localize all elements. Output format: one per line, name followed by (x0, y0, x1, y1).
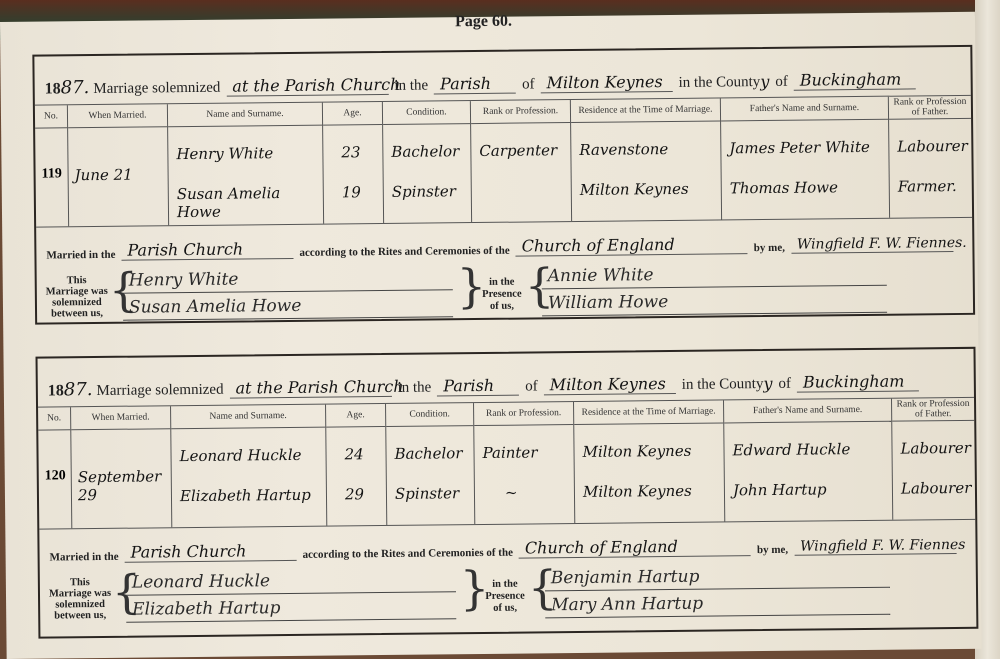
by-me-label: by me, (757, 544, 788, 556)
col-father-rank: Rank or Profession of Father. (892, 398, 974, 422)
bride-age: 19 (342, 183, 361, 201)
bride-father: John Hartup (733, 480, 827, 499)
col-father-rank: Rank or Profession of Father. (889, 96, 971, 120)
when-married: June 21 (75, 166, 133, 185)
col-father: Father's Name and Surname. (724, 399, 891, 424)
bride-father: Thomas Howe (730, 178, 838, 197)
col-rank: Rank or Profession. (471, 100, 570, 124)
year-prefix: 18 (45, 80, 61, 98)
by-me-label: by me, (754, 242, 785, 254)
year-prefix: 18 (48, 382, 64, 400)
solemnized-label: Marriage solemnized (96, 382, 223, 400)
according-label: according to the Rites and Ceremonies of… (303, 547, 513, 561)
witness-signatures: Annie White William Howe (542, 263, 888, 321)
col-no: No. (38, 407, 70, 430)
presence-label: in the Presence of us, (480, 578, 530, 615)
parish-word-field: Parish (437, 376, 519, 397)
col-condition: Condition. (383, 101, 470, 125)
groom-father: Edward Huckle (732, 440, 850, 459)
county-field: Buckingham (794, 69, 916, 90)
groom-father: James Peter White (729, 138, 870, 157)
col-residence: Residence at the Time of Marriage. (574, 400, 723, 425)
bride-father-rank: Farmer. (898, 177, 957, 196)
married-in-field: Parish Church (121, 239, 293, 261)
officiant-signature: Wingfield F. W. Fiennes (794, 537, 956, 556)
marriage-entry: 1887. Marriage solemnized at the Parish … (32, 45, 975, 325)
bride-rank: ~ (505, 484, 518, 502)
groom-rank: Carpenter (479, 141, 557, 160)
entry-number: 120 (45, 468, 66, 484)
when-married: September 29 (78, 467, 171, 504)
groom-signature: Henry White (129, 270, 239, 291)
groom-condition: Bachelor (391, 142, 459, 161)
bride-father-rank: Labourer (901, 479, 972, 498)
county-label: in the County (682, 376, 764, 394)
solemnized-label: Marriage solemnized (93, 80, 220, 98)
bride-name: Elizabeth Hartup (180, 486, 311, 505)
place-field: at the Parish Church (229, 377, 391, 399)
col-name: Name and Surname. (168, 103, 322, 128)
parish-field: Milton Keynes (540, 72, 672, 93)
year-suffix: 87. (61, 77, 90, 98)
according-label: according to the Rites and Ceremonies of… (299, 245, 509, 259)
solemnized-between-label: This Marriage was solemnized between us, (48, 577, 112, 622)
rites-field: Church of England (519, 536, 751, 558)
solemnized-between-label: This Marriage was solemnized between us, (45, 275, 109, 320)
col-father: Father's Name and Surname. (721, 97, 888, 122)
marriage-entry: 1887. Marriage solemnized at the Parish … (36, 347, 979, 639)
entry-footer: Married in the Parish Church according t… (39, 520, 976, 634)
of-label: of (775, 74, 788, 91)
bride-condition: Spinster (392, 182, 456, 201)
register-page: Page 60. 1887. Marriage solemnized at th… (0, 12, 982, 659)
place-field: at the Parish Church (226, 75, 388, 97)
bride-residence: Milton Keynes (583, 482, 692, 501)
county-suffix: y (760, 72, 769, 91)
parish-field: Milton Keynes (544, 374, 676, 395)
groom-name: Leonard Huckle (179, 446, 301, 465)
bride-signature: Elizabeth Hartup (132, 598, 280, 620)
couple-signatures: Leonard Huckle Elizabeth Hartup (126, 569, 457, 626)
groom-rank: Painter (482, 443, 537, 462)
col-no: No. (35, 105, 67, 128)
rites-field: Church of England (516, 234, 748, 256)
year-suffix: 87. (64, 379, 93, 400)
col-age: Age. (323, 102, 382, 126)
officiant-signature: Wingfield F. W. Fiennes. (791, 235, 953, 254)
col-condition: Condition. (386, 403, 473, 427)
page-title: Page 60. (455, 13, 512, 32)
groom-condition: Bachelor (394, 444, 462, 463)
bride-residence: Milton Keynes (580, 180, 689, 199)
county-field: Buckingham (797, 371, 919, 392)
bride-condition: Spinster (395, 484, 459, 503)
register-table: No. 120 When Married. September 29 Name … (38, 398, 975, 530)
presence-label: in the Presence of us, (477, 276, 527, 313)
in-the-label: in the (394, 78, 428, 95)
col-when: When Married. (68, 104, 167, 128)
groom-age: 23 (341, 143, 360, 161)
groom-signature: Leonard Huckle (132, 571, 270, 592)
groom-residence: Ravenstone (579, 140, 668, 159)
married-in-field: Parish Church (125, 541, 297, 563)
groom-father-rank: Labourer (897, 137, 968, 156)
col-age: Age. (326, 404, 385, 428)
witness-signature-1: Benjamin Hartup (551, 567, 700, 589)
entry-footer: Married in the Parish Church according t… (36, 218, 973, 332)
witness-signatures: Benjamin Hartup Mary Ann Hartup (545, 565, 891, 623)
groom-age: 24 (344, 445, 363, 463)
married-in-label: Married in the (50, 551, 119, 564)
parish-word-field: Parish (434, 74, 516, 95)
witness-signature-1: Annie White (548, 265, 654, 286)
county-suffix: y (763, 374, 772, 393)
bride-age: 29 (345, 485, 364, 503)
couple-signatures: Henry White Susan Amelia Howe (123, 267, 454, 324)
entry-number: 119 (42, 166, 62, 182)
married-in-label: Married in the (46, 249, 115, 262)
groom-father-rank: Labourer (900, 439, 971, 458)
of-label: of (525, 378, 538, 395)
of-label: of (778, 376, 791, 393)
col-residence: Residence at the Time of Marriage. (571, 98, 720, 123)
witness-signature-2: William Howe (548, 292, 668, 313)
groom-name: Henry White (176, 144, 273, 163)
col-rank: Rank or Profession. (474, 402, 573, 426)
register-table: No. 119 When Married. June 21 Name and S… (35, 96, 972, 228)
bride-name: Susan Amelia Howe (177, 184, 323, 222)
bride-signature: Susan Amelia Howe (129, 296, 302, 318)
in-the-label: in the (397, 380, 431, 397)
groom-residence: Milton Keynes (582, 442, 691, 461)
witness-signature-2: Mary Ann Hartup (551, 594, 703, 616)
col-name: Name and Surname. (171, 405, 325, 430)
col-when: When Married. (71, 406, 170, 430)
county-label: in the County (679, 74, 761, 92)
of-label: of (522, 76, 535, 93)
